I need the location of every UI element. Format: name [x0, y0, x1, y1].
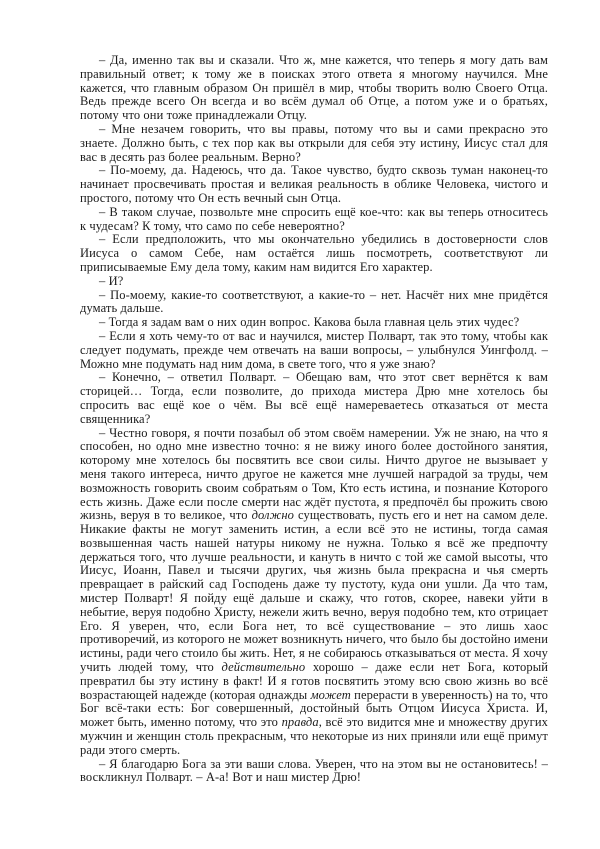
text-run: – Тогда я задам вам о них один вопрос. К…	[99, 315, 519, 329]
text-run: – Мне незачем говорить, что вы правы, по…	[80, 122, 548, 164]
paragraph: – По-моему, какие-то соответствуют, а ка…	[80, 289, 548, 317]
text-run: – Если я хоть чему-то от вас и научился,…	[80, 329, 548, 371]
text-run: – По-моему, да. Надеюсь, что да. Такое ч…	[80, 163, 548, 205]
paragraph: – Если я хоть чему-то от вас и научился,…	[80, 330, 548, 371]
paragraph: – Тогда я задам вам о них один вопрос. К…	[80, 316, 548, 330]
emphasized-text: может	[311, 688, 351, 702]
paragraph: – Мне незачем говорить, что вы правы, по…	[80, 123, 548, 164]
paragraph: – Конечно, – ответил Полварт. – Обещаю в…	[80, 371, 548, 426]
text-run: – Конечно, – ответил Полварт. – Обещаю в…	[80, 370, 548, 425]
paragraph: – И?	[80, 275, 548, 289]
text-run: – В таком случае, позвольте мне спросить…	[80, 205, 548, 233]
book-page: – Да, именно так вы и сказали. Что ж, мн…	[0, 0, 600, 849]
text-block: – Да, именно так вы и сказали. Что ж, мн…	[80, 54, 548, 785]
paragraph: – Честно говоря, я почти позабыл об этом…	[80, 427, 548, 758]
emphasized-text: должно	[252, 508, 294, 522]
paragraph: – Я благодарю Бога за эти ваши слова. Ув…	[80, 758, 548, 786]
text-run: существовать, пусть его и нет на самом д…	[80, 508, 548, 674]
text-run: – Я благодарю Бога за эти ваши слова. Ув…	[80, 757, 548, 785]
emphasized-text: правда	[282, 715, 319, 729]
paragraph: – Если предположить, что мы окончательно…	[80, 233, 548, 274]
paragraph: – По-моему, да. Надеюсь, что да. Такое ч…	[80, 164, 548, 205]
paragraph: – В таком случае, позвольте мне спросить…	[80, 206, 548, 234]
text-run: – Если предположить, что мы окончательно…	[80, 232, 548, 274]
text-run: – По-моему, какие-то соответствуют, а ка…	[80, 288, 548, 316]
text-run: – И?	[99, 274, 123, 288]
paragraph: – Да, именно так вы и сказали. Что ж, мн…	[80, 54, 548, 123]
emphasized-text: действительно	[222, 660, 306, 674]
text-run: – Да, именно так вы и сказали. Что ж, мн…	[80, 53, 548, 122]
